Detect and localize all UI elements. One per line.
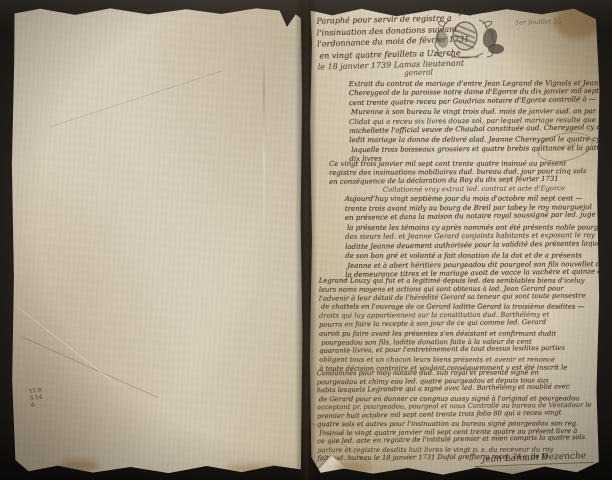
paper-stain xyxy=(337,462,371,474)
paragraph-cloture: Condamnés pour moy notaire dud. sub roya… xyxy=(317,367,599,463)
paragraph-acte-donation: Aujourd'huy vingt septième jour du mois … xyxy=(345,193,599,280)
handwriting-line: Ce vingt trois janvier mil sept cent tre… xyxy=(329,159,597,168)
paragraph-insinuation-note: Ce vingt trois janvier mil sept cent tre… xyxy=(329,158,597,186)
handwriting-line: Condamnés pour moy notaire dud. sub roya… xyxy=(317,368,598,377)
handwriting-line: obligent tous et un chacun leurs biens p… xyxy=(319,356,598,365)
paper-crease xyxy=(21,336,158,398)
registration-note-subline: general xyxy=(404,67,433,77)
control-stamp-label: Controllé xyxy=(553,142,577,153)
paper-stain xyxy=(59,460,99,472)
pencil-marks: 11 85 144 xyxy=(29,387,44,410)
registration-note: Paraphé pour servir de registre al'insin… xyxy=(316,10,503,73)
handwriting-line: de son bon gré et volonté a fait donatio… xyxy=(345,251,598,261)
paper-stain xyxy=(480,468,540,476)
paper-stain xyxy=(226,464,281,474)
handwriting-line: Legrand Louzy qui fut et a legitimé depu… xyxy=(319,277,598,286)
paper-crease xyxy=(263,54,265,244)
paragraph-acte-suite: Legrand Louzy qui fut et a legitimé depu… xyxy=(319,275,599,373)
handwriting-line: quarante livres, et pour l'entretènement… xyxy=(319,344,598,356)
paper-crease xyxy=(51,70,222,127)
right-page: 1er feuillet 25 Paraphé pour servir de r… xyxy=(309,5,600,476)
handwriting-line: auroit pu faire avant les présentes s'en… xyxy=(319,330,598,339)
folio-number: 1er feuillet 25 xyxy=(515,17,562,27)
handwriting-line: 4 xyxy=(31,401,44,410)
handwriting-line: Aujourd'huy vingt septième jour du mois … xyxy=(345,194,598,204)
left-page: 11 85 144 xyxy=(11,6,303,474)
manuscript-scan: 11 85 144 1e xyxy=(0,0,612,480)
handwriting-line: Extrait du contrat de mariage d'entre Je… xyxy=(349,79,599,89)
handwriting-line: quatre sols et autres pour l'insinuation… xyxy=(317,419,598,428)
paper-crease xyxy=(17,306,112,381)
